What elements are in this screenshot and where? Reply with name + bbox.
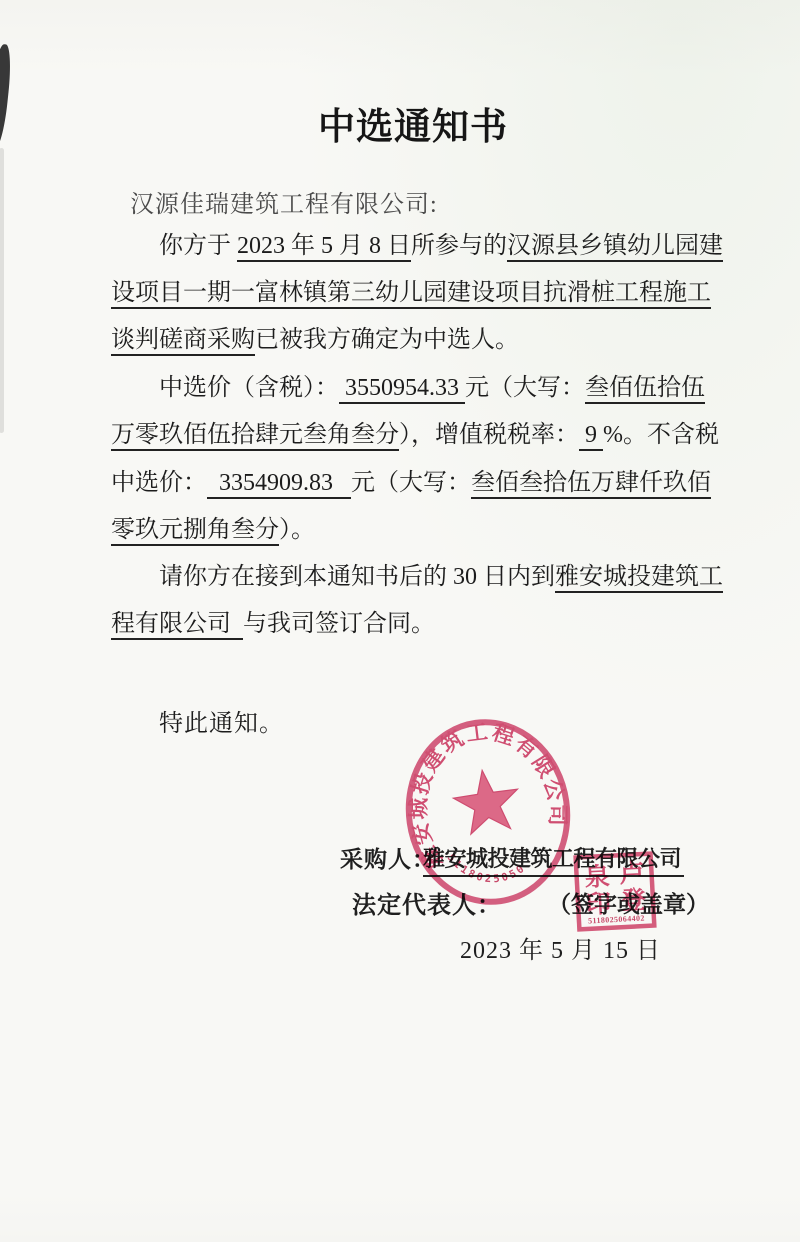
underlined-value: 万零玖佰伍拾肆元叁角叁分 [111, 422, 399, 451]
underlined-value: 设项目一期一富林镇第三幼儿园建设项目抗滑桩工程施工 [111, 280, 711, 309]
body-line: 零玖元捌角叁分）。 [111, 515, 687, 545]
personal-seal-number: 5118025064402 [588, 913, 645, 925]
text: 已被我方确定为中选人。 [255, 327, 519, 353]
closing-line: 特此通知。 [159, 703, 284, 738]
seal-registration-number: 5118025050 [444, 842, 530, 892]
body-line: 设项目一期一富林镇第三幼儿园建设项目抗滑桩工程施工 [111, 278, 687, 308]
body-line: 请你方在接到本通知书后的 30 日内到雅安城投建筑工 [111, 562, 687, 592]
page-title: 中选通知书 [0, 96, 800, 150]
issue-date: 2023 年 5 月 15 日 [460, 930, 661, 965]
underlined-value: 2023 年 5 月 8 日 [237, 233, 411, 262]
text: 请你方在接到本通知书后的 30 日内到 [159, 564, 555, 590]
body-line: 中选价（含税）： 3550954.33 元（大写：叁佰伍拾伍 [111, 373, 687, 403]
personal-seal-char: 登 [619, 885, 646, 915]
round-company-seal: 雅安城投建筑工程有限公司 5118025050 [378, 698, 602, 930]
underlined-value: 叁佰伍拾伍 [585, 375, 705, 404]
underlined-value: 汉源县乡镇幼儿园建 [507, 233, 723, 262]
text: 所参与的 [411, 233, 507, 259]
body-line: 谈判磋商采购已被我方确定为中选人。 [111, 325, 687, 355]
personal-name-seal: 泉 卢 印 登 5118025064402 [573, 851, 657, 933]
text: 中选价： [111, 470, 207, 496]
text: ），增值税税率： [399, 422, 579, 448]
text: 元（大写： [351, 470, 471, 496]
body-line: 中选价： 3354909.83 元（大写：叁佰叁拾伍万肆仟玖佰 [111, 468, 687, 498]
text: 与我司签订合同。 [243, 611, 435, 637]
underlined-value: 叁佰叁拾伍万肆仟玖佰 [471, 470, 711, 499]
svg-text:5118025050: 5118025050 [444, 842, 530, 892]
underlined-value: 3354909.83 [207, 470, 351, 499]
underlined-value: 9 [579, 422, 603, 451]
underlined-value: 谈判磋商采购 [111, 327, 255, 356]
body-line: 程有限公司 与我司签订合同。 [111, 609, 687, 639]
underlined-value: 零玖元捌角叁分 [111, 517, 279, 546]
star-icon [450, 766, 523, 836]
text: ）。 [279, 517, 315, 543]
text: %。不含税 [603, 422, 719, 448]
personal-seal-char: 卢 [619, 859, 645, 888]
text: 元（大写： [465, 375, 585, 401]
personal-seal-char: 泉 [584, 862, 610, 892]
scanned-notice-page: { "document": { "title": "中选通知书", "greet… [0, 0, 800, 1242]
text: 中选价（含税）： [159, 375, 339, 401]
text: 你方于 [159, 233, 237, 259]
underlined-value: 程有限公司 [111, 611, 243, 640]
addressee-line: 汉源佳瑞建筑工程有限公司: [130, 184, 438, 219]
scan-artifact-streak [0, 148, 4, 433]
body-line: 你方于 2023 年 5 月 8 日所参与的汉源县乡镇幼儿园建 [111, 231, 687, 261]
underlined-value: 雅安城投建筑工 [555, 564, 723, 593]
underlined-value: 3550954.33 [339, 375, 465, 404]
body-line: 万零玖佰伍拾肆元叁角叁分），增值税税率： 9 %。不含税 [111, 420, 687, 450]
